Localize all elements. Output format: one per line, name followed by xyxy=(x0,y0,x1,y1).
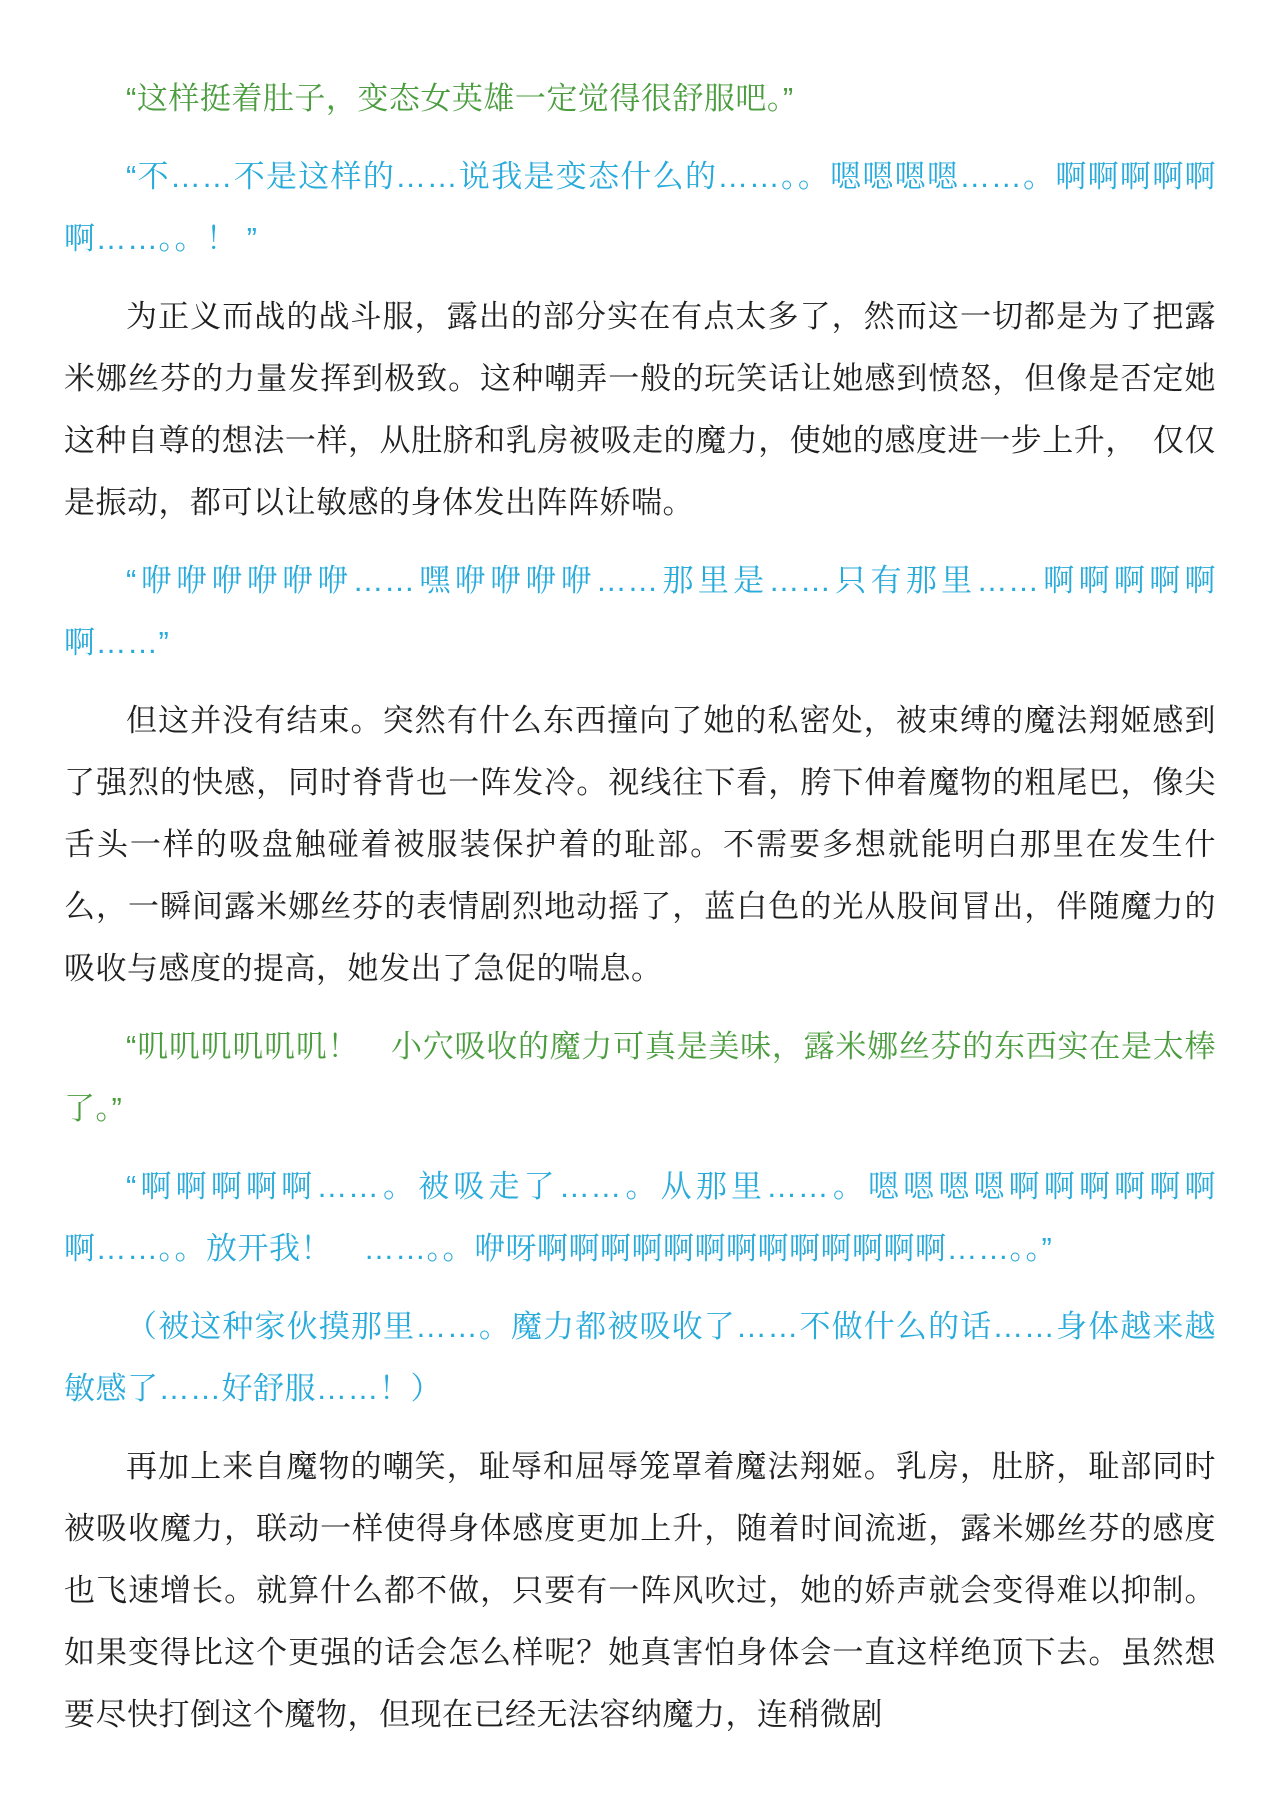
paragraph-dialogue-blue-1: “不……不是这样的……说我是变态什么的……。。嗯嗯嗯嗯……。啊啊啊啊啊啊……。。… xyxy=(64,146,1216,270)
paragraph-narration-2: 但这并没有结束。突然有什么东西撞向了她的私密处，被束缚的魔法翔姬感到了强烈的快感… xyxy=(64,690,1216,1000)
paragraph-inner-thought: （被这种家伙摸那里……。魔力都被吸收了……不做什么的话……身体越来越敏感了……好… xyxy=(64,1296,1216,1420)
paragraph-dialogue-blue-2: “咿咿咿咿咿咿……嘿咿咿咿咿……那里是……只有那里……啊啊啊啊啊啊……” xyxy=(64,550,1216,674)
paragraph-narration-1: 为正义而战的战斗服，露出的部分实在有点太多了，然而这一切都是为了把露米娜丝芬的力… xyxy=(64,286,1216,534)
document-page: “这样挺着肚子，变态女英雄一定觉得很舒服吧。” “不……不是这样的……说我是变态… xyxy=(0,0,1280,1810)
paragraph-narration-3: 再加上来自魔物的嘲笑，耻辱和屈辱笼罩着魔法翔姬。乳房，肚脐，耻部同时被吸收魔力，… xyxy=(64,1436,1216,1746)
paragraph-dialogue-green-2: “叽叽叽叽叽叽！ 小穴吸收的魔力可真是美味，露米娜丝芬的东西实在是太棒了。” xyxy=(64,1016,1216,1140)
paragraph-dialogue-blue-3: “啊啊啊啊啊……。被吸走了……。从那里……。嗯嗯嗯嗯啊啊啊啊啊啊啊……。。放开我… xyxy=(64,1156,1216,1280)
paragraph-dialogue-green-1: “这样挺着肚子，变态女英雄一定觉得很舒服吧。” xyxy=(64,68,1216,130)
